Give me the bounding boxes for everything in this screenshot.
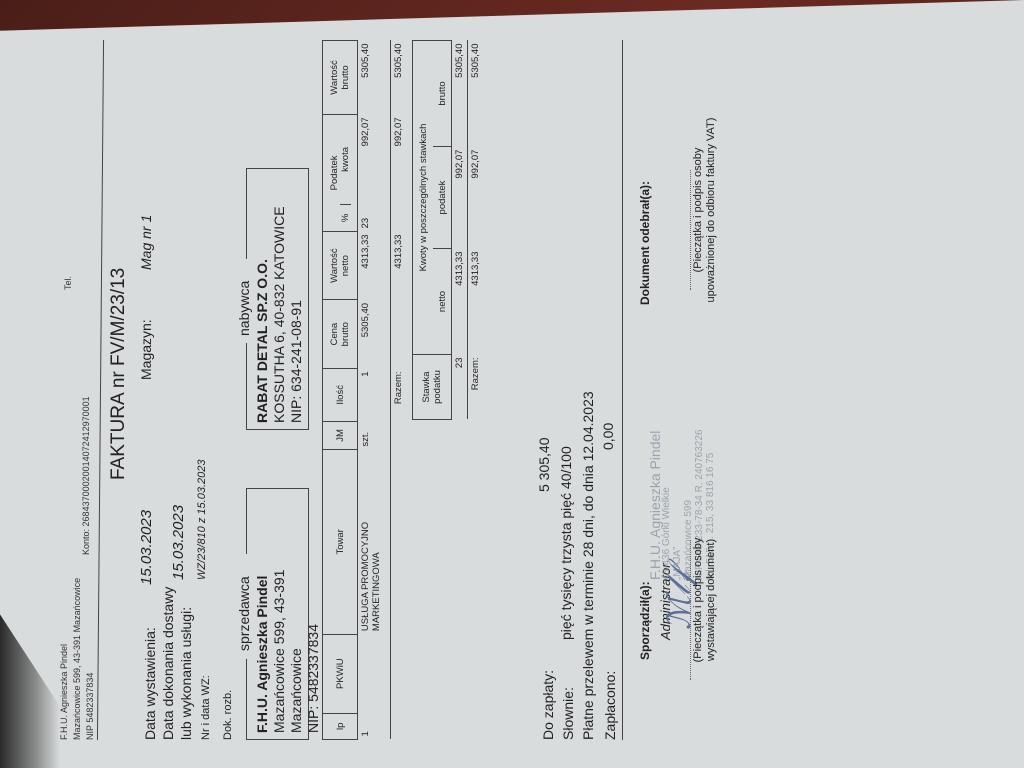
seller-header: F.H.U. Agnieszka Pindel Mazańcowice 599,… bbox=[58, 578, 97, 740]
col-towar: Towar bbox=[323, 450, 358, 635]
row-podatek: 23992,07 bbox=[358, 114, 391, 231]
vat-col-podatek: podatek bbox=[433, 147, 452, 249]
account-label: Konto: bbox=[81, 529, 91, 555]
vat-header: Kwoty w poszczególnych stawkach bbox=[413, 41, 434, 355]
received-label: Dokument odebrał(a): bbox=[638, 181, 652, 305]
delivery-date-label-2: lub wykonania usługi: bbox=[178, 607, 194, 740]
col-wartosc-netto: Wartośćnetto bbox=[323, 231, 358, 300]
vat-col-brutto: brutto bbox=[433, 41, 452, 147]
issue-date: 15.03.2023 bbox=[138, 510, 155, 585]
in-words: pięć tysięcy trzysta pięć 40/100 bbox=[558, 446, 574, 640]
delivery-date: 15.03.2023 bbox=[170, 505, 187, 580]
buyer-nip: NIP: 634-241-08-91 bbox=[288, 175, 305, 423]
buyer-box: RABAT DETAL SP.Z O.O. KOSSUTHA 6, 40-832… bbox=[246, 168, 309, 430]
seller-address: Mazańcowice 599, 43-391 Mazańcowice bbox=[271, 495, 305, 733]
col-cena-brutto: Cenabrutto bbox=[323, 300, 358, 369]
prepared-signature-line bbox=[690, 540, 691, 680]
to-pay-label: Do zapłaty: bbox=[540, 670, 556, 740]
header-divider bbox=[97, 40, 104, 740]
vat-total-row: Razem: 4313,33 992,07 5305,40 bbox=[468, 41, 484, 420]
col-jm: JM bbox=[323, 421, 358, 449]
payment-terms: Płatne przelewem w terminie 28 dni, do d… bbox=[580, 391, 596, 740]
wz-value: WZ/23/810 z 15.03.2023 bbox=[196, 460, 208, 580]
seller-heading: sprzedawca bbox=[236, 572, 252, 655]
vat-total-podatek: 992,07 bbox=[468, 147, 484, 249]
total-label: Razem: bbox=[391, 368, 407, 739]
seller-header-address: Mazańcowice 599, 43-391 Mazańcowice bbox=[71, 578, 84, 740]
col-pkwiu: PKWiU bbox=[323, 634, 358, 713]
vat-col-netto: netto bbox=[433, 249, 452, 355]
payment-divider bbox=[622, 40, 623, 740]
row-ilosc: 1 bbox=[358, 368, 391, 421]
row-lp: 1 bbox=[358, 713, 391, 739]
row-towar: USŁUGA PROMOCYJNOMARKETINGOWA bbox=[358, 450, 391, 635]
seller-name: F.H.U. Agnieszka Pindel bbox=[254, 576, 270, 733]
in-words-label: Słownie: bbox=[560, 687, 576, 740]
col-wartosc-brutto: Wartośćbrutto bbox=[323, 41, 358, 115]
total-netto: 4313,33 bbox=[391, 231, 407, 300]
col-lp: lp bbox=[323, 713, 358, 739]
seller-nip: NIP: 5482337834 bbox=[305, 495, 322, 733]
row-wartosc-netto: 4313,33 bbox=[358, 231, 391, 300]
seller-header-name: F.H.U. Agnieszka Pindel bbox=[58, 578, 71, 740]
buyer-heading: nabywca bbox=[236, 277, 252, 340]
paid-label: Zapłacono: bbox=[602, 671, 618, 740]
table-total-row: Razem: 4313,33 992,07 5305,40 bbox=[391, 41, 407, 740]
prepared-caption: (Pieczątka i podpis osoby wystawiającej … bbox=[692, 510, 718, 690]
vat-row-brutto: 5305,40 bbox=[452, 41, 468, 147]
col-ilosc: Ilość bbox=[323, 368, 358, 421]
wz-label: Nr i data WZ: bbox=[200, 675, 212, 740]
invoice-page: F.H.U. Agnieszka Pindel Mazańcowice 599,… bbox=[40, 0, 720, 760]
items-table: lp PKWiU Towar JM Ilość Cenabrutto Warto… bbox=[322, 40, 406, 740]
row-jm: szt. bbox=[358, 421, 391, 449]
issue-date-label: Data wystawienia: bbox=[142, 627, 158, 740]
vat-row-stawka: 23 bbox=[452, 355, 468, 420]
vat-row-netto: 4313,33 bbox=[452, 249, 468, 355]
col-podatek: Podatek %kwota bbox=[323, 114, 358, 231]
account-number: 26843700020014072412970001 bbox=[81, 396, 91, 526]
prepared-label: Sporządził(a): bbox=[638, 581, 652, 660]
paid-amount: 0,00 bbox=[600, 423, 616, 450]
delivery-date-label-1: Data dokonania dostawy bbox=[160, 587, 176, 740]
total-kwota: 992,07 bbox=[391, 114, 407, 231]
vat-total-brutto: 5305,40 bbox=[468, 41, 484, 147]
to-pay-amount: 5 305,40 bbox=[536, 438, 552, 493]
vat-row-podatek: 992,07 bbox=[452, 147, 468, 249]
row-wartosc-brutto: 5305,40 bbox=[358, 41, 391, 115]
buyer-name: RABAT DETAL SP.Z O.O. bbox=[254, 259, 270, 423]
warehouse-label: Magazyn: bbox=[138, 319, 154, 380]
vat-col-stawka: Stawkapodatku bbox=[413, 355, 452, 420]
warehouse-value: Mag nr 1 bbox=[138, 215, 154, 270]
row-pkwiu bbox=[358, 634, 391, 713]
seller-header-nip: NIP 5482337834 bbox=[84, 578, 97, 740]
buyer-address: KOSSUTHA 6, 40-832 KATOWICE bbox=[271, 175, 288, 423]
vat-row: 23 4313,33 992,07 5305,40 bbox=[452, 41, 468, 420]
total-brutto: 5305,40 bbox=[391, 41, 407, 115]
received-signature-line bbox=[690, 170, 691, 290]
invoice-title: FAKTURA nr FV/M/23/13 bbox=[108, 268, 130, 480]
table-row: 1 USŁUGA PROMOCYJNOMARKETINGOWA szt. 1 5… bbox=[358, 41, 391, 740]
row-cena-brutto: 5305,40 bbox=[358, 300, 391, 369]
seller-box: F.H.U. Agnieszka Pindel Mazańcowice 599,… bbox=[246, 488, 309, 740]
tel-label: Tel. bbox=[62, 276, 75, 290]
vat-summary-table: Stawkapodatku Kwoty w poszczególnych sta… bbox=[412, 40, 483, 420]
vat-total-label: Razem: bbox=[468, 355, 484, 420]
received-caption: (Pieczątka i podpis osoby upoważnionej d… bbox=[692, 90, 718, 330]
vat-total-netto: 4313,33 bbox=[468, 249, 484, 355]
account-info: Konto: 26843700020014072412970001 bbox=[80, 396, 93, 555]
settlement-doc-label: Dok. rozb. bbox=[222, 690, 234, 740]
